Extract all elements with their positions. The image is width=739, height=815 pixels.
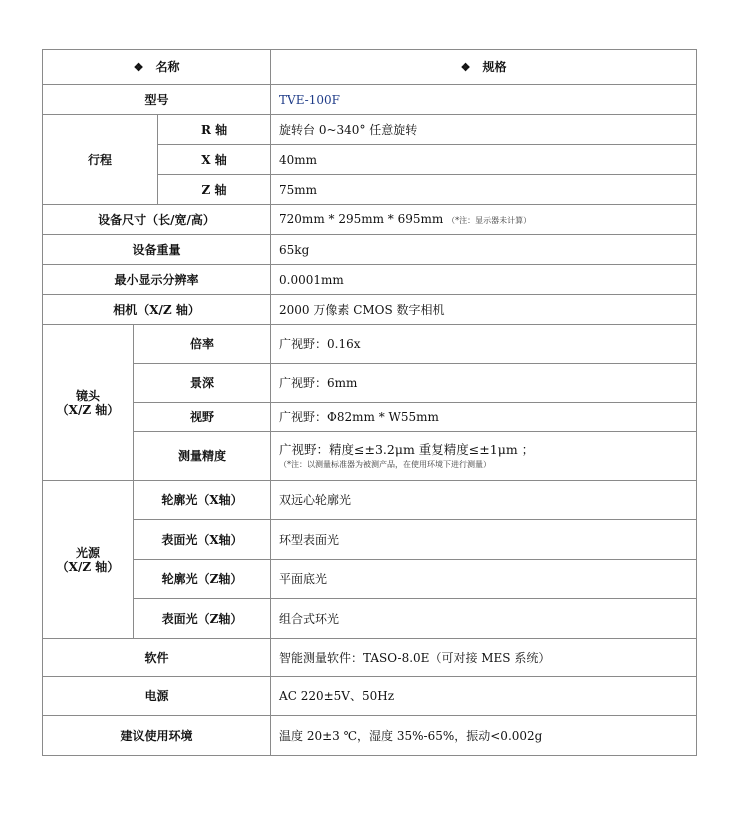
table-row-dimensions: 设备尺寸（长/宽/高） 720mm * 295mm * 695mm （*注：显示… (43, 205, 697, 235)
power-label: 电源 (43, 677, 271, 716)
light-4-label: 表面光（Z轴） (134, 599, 271, 639)
model-value: TVE-100F (271, 85, 697, 115)
table-row-resolution: 最小显示分辨率 0.0001mm (43, 265, 697, 295)
light-1-value: 双远心轮廓光 (271, 481, 697, 520)
weight-value: 65kg (271, 235, 697, 265)
resolution-value: 0.0001mm (271, 265, 697, 295)
lens-fov-value: 广视野：Φ82mm * W55mm (271, 403, 697, 432)
light-label: 光源 （X/Z 轴） (43, 481, 134, 639)
table-row-lens-fov: 视野 广视野：Φ82mm * W55mm (43, 403, 697, 432)
lens-accuracy-cell: 广视野：精度≤±3.2μm 重复精度≤±1μm ； （*注：以测量标准器为被测产… (271, 432, 697, 481)
table-row-model: 型号 TVE-100F (43, 85, 697, 115)
light-label-line2: （X/Z 轴） (51, 560, 125, 574)
camera-value: 2000 万像素 CMOS 数字相机 (271, 295, 697, 325)
table-row-light-2: 表面光（X轴） 环型表面光 (43, 520, 697, 560)
lens-label: 镜头 （X/Z 轴） (43, 325, 134, 481)
light-2-value: 环型表面光 (271, 520, 697, 560)
software-value: 智能测量软件：TASO-8.0E（可对接 MES 系统） (271, 639, 697, 677)
table-row-camera: 相机（X/Z 轴） 2000 万像素 CMOS 数字相机 (43, 295, 697, 325)
dimensions-cell: 720mm * 295mm * 695mm （*注：显示器未计算） (271, 205, 697, 235)
table-row-weight: 设备重量 65kg (43, 235, 697, 265)
spec-table: ❖名称 ❖规格 型号 TVE-100F 行程 R 轴 旋转台 0~340° 任意… (42, 49, 697, 756)
lens-accuracy-note: （*注：以测量标准器为被测产品，在使用环境下进行测量） (279, 459, 688, 471)
table-row-environment: 建议使用环境 温度 20±3 ℃，湿度 35%-65%，振动<0.002g (43, 716, 697, 756)
model-label: 型号 (43, 85, 271, 115)
table-row-travel-r: 行程 R 轴 旋转台 0~340° 任意旋转 (43, 115, 697, 145)
travel-z-value: 75mm (271, 175, 697, 205)
software-label: 软件 (43, 639, 271, 677)
diamond-icon: ❖ (461, 61, 471, 74)
environment-label: 建议使用环境 (43, 716, 271, 756)
power-value: AC 220±5V、50Hz (271, 677, 697, 716)
diamond-icon: ❖ (134, 61, 144, 74)
lens-label-line2: （X/Z 轴） (51, 403, 125, 417)
header-spec-label: 规格 (482, 60, 506, 74)
environment-value: 温度 20±3 ℃，湿度 35%-65%，振动<0.002g (271, 716, 697, 756)
light-4-value: 组合式环光 (271, 599, 697, 639)
table-row-power: 电源 AC 220±5V、50Hz (43, 677, 697, 716)
header-row: ❖名称 ❖规格 (43, 50, 697, 85)
lens-label-line1: 镜头 (51, 389, 125, 403)
travel-label: 行程 (43, 115, 158, 205)
light-1-label: 轮廓光（X轴） (134, 481, 271, 520)
camera-label: 相机（X/Z 轴） (43, 295, 271, 325)
lens-accuracy-value: 广视野：精度≤±3.2μm 重复精度≤±1μm ； (279, 441, 688, 459)
table-row-lens-dof: 景深 广视野：6mm (43, 364, 697, 403)
table-row-lens-accuracy: 测量精度 广视野：精度≤±3.2μm 重复精度≤±1μm ； （*注：以测量标准… (43, 432, 697, 481)
light-3-value: 平面底光 (271, 560, 697, 599)
header-spec-cell: ❖规格 (271, 50, 697, 85)
table-row-software: 软件 智能测量软件：TASO-8.0E（可对接 MES 系统） (43, 639, 697, 677)
dimensions-note: （*注：显示器未计算） (447, 216, 531, 225)
table-row-light-4: 表面光（Z轴） 组合式环光 (43, 599, 697, 639)
light-label-line1: 光源 (51, 546, 125, 560)
light-3-label: 轮廓光（Z轴） (134, 560, 271, 599)
travel-r-label: R 轴 (158, 115, 271, 145)
dimensions-label: 设备尺寸（长/宽/高） (43, 205, 271, 235)
dimensions-value: 720mm * 295mm * 695mm (279, 212, 443, 226)
lens-fov-label: 视野 (134, 403, 271, 432)
travel-z-label: Z 轴 (158, 175, 271, 205)
travel-r-value: 旋转台 0~340° 任意旋转 (271, 115, 697, 145)
lens-magnification-label: 倍率 (134, 325, 271, 364)
table-row-light-1: 光源 （X/Z 轴） 轮廓光（X轴） 双远心轮廓光 (43, 481, 697, 520)
travel-x-label: X 轴 (158, 145, 271, 175)
lens-dof-value: 广视野：6mm (271, 364, 697, 403)
light-2-label: 表面光（X轴） (134, 520, 271, 560)
weight-label: 设备重量 (43, 235, 271, 265)
header-name-cell: ❖名称 (43, 50, 271, 85)
lens-magnification-value: 广视野：0.16x (271, 325, 697, 364)
travel-x-value: 40mm (271, 145, 697, 175)
table-row-light-3: 轮廓光（Z轴） 平面底光 (43, 560, 697, 599)
lens-accuracy-label: 测量精度 (134, 432, 271, 481)
table-row-lens-magnification: 镜头 （X/Z 轴） 倍率 广视野：0.16x (43, 325, 697, 364)
resolution-label: 最小显示分辨率 (43, 265, 271, 295)
header-name-label: 名称 (155, 60, 179, 74)
lens-dof-label: 景深 (134, 364, 271, 403)
